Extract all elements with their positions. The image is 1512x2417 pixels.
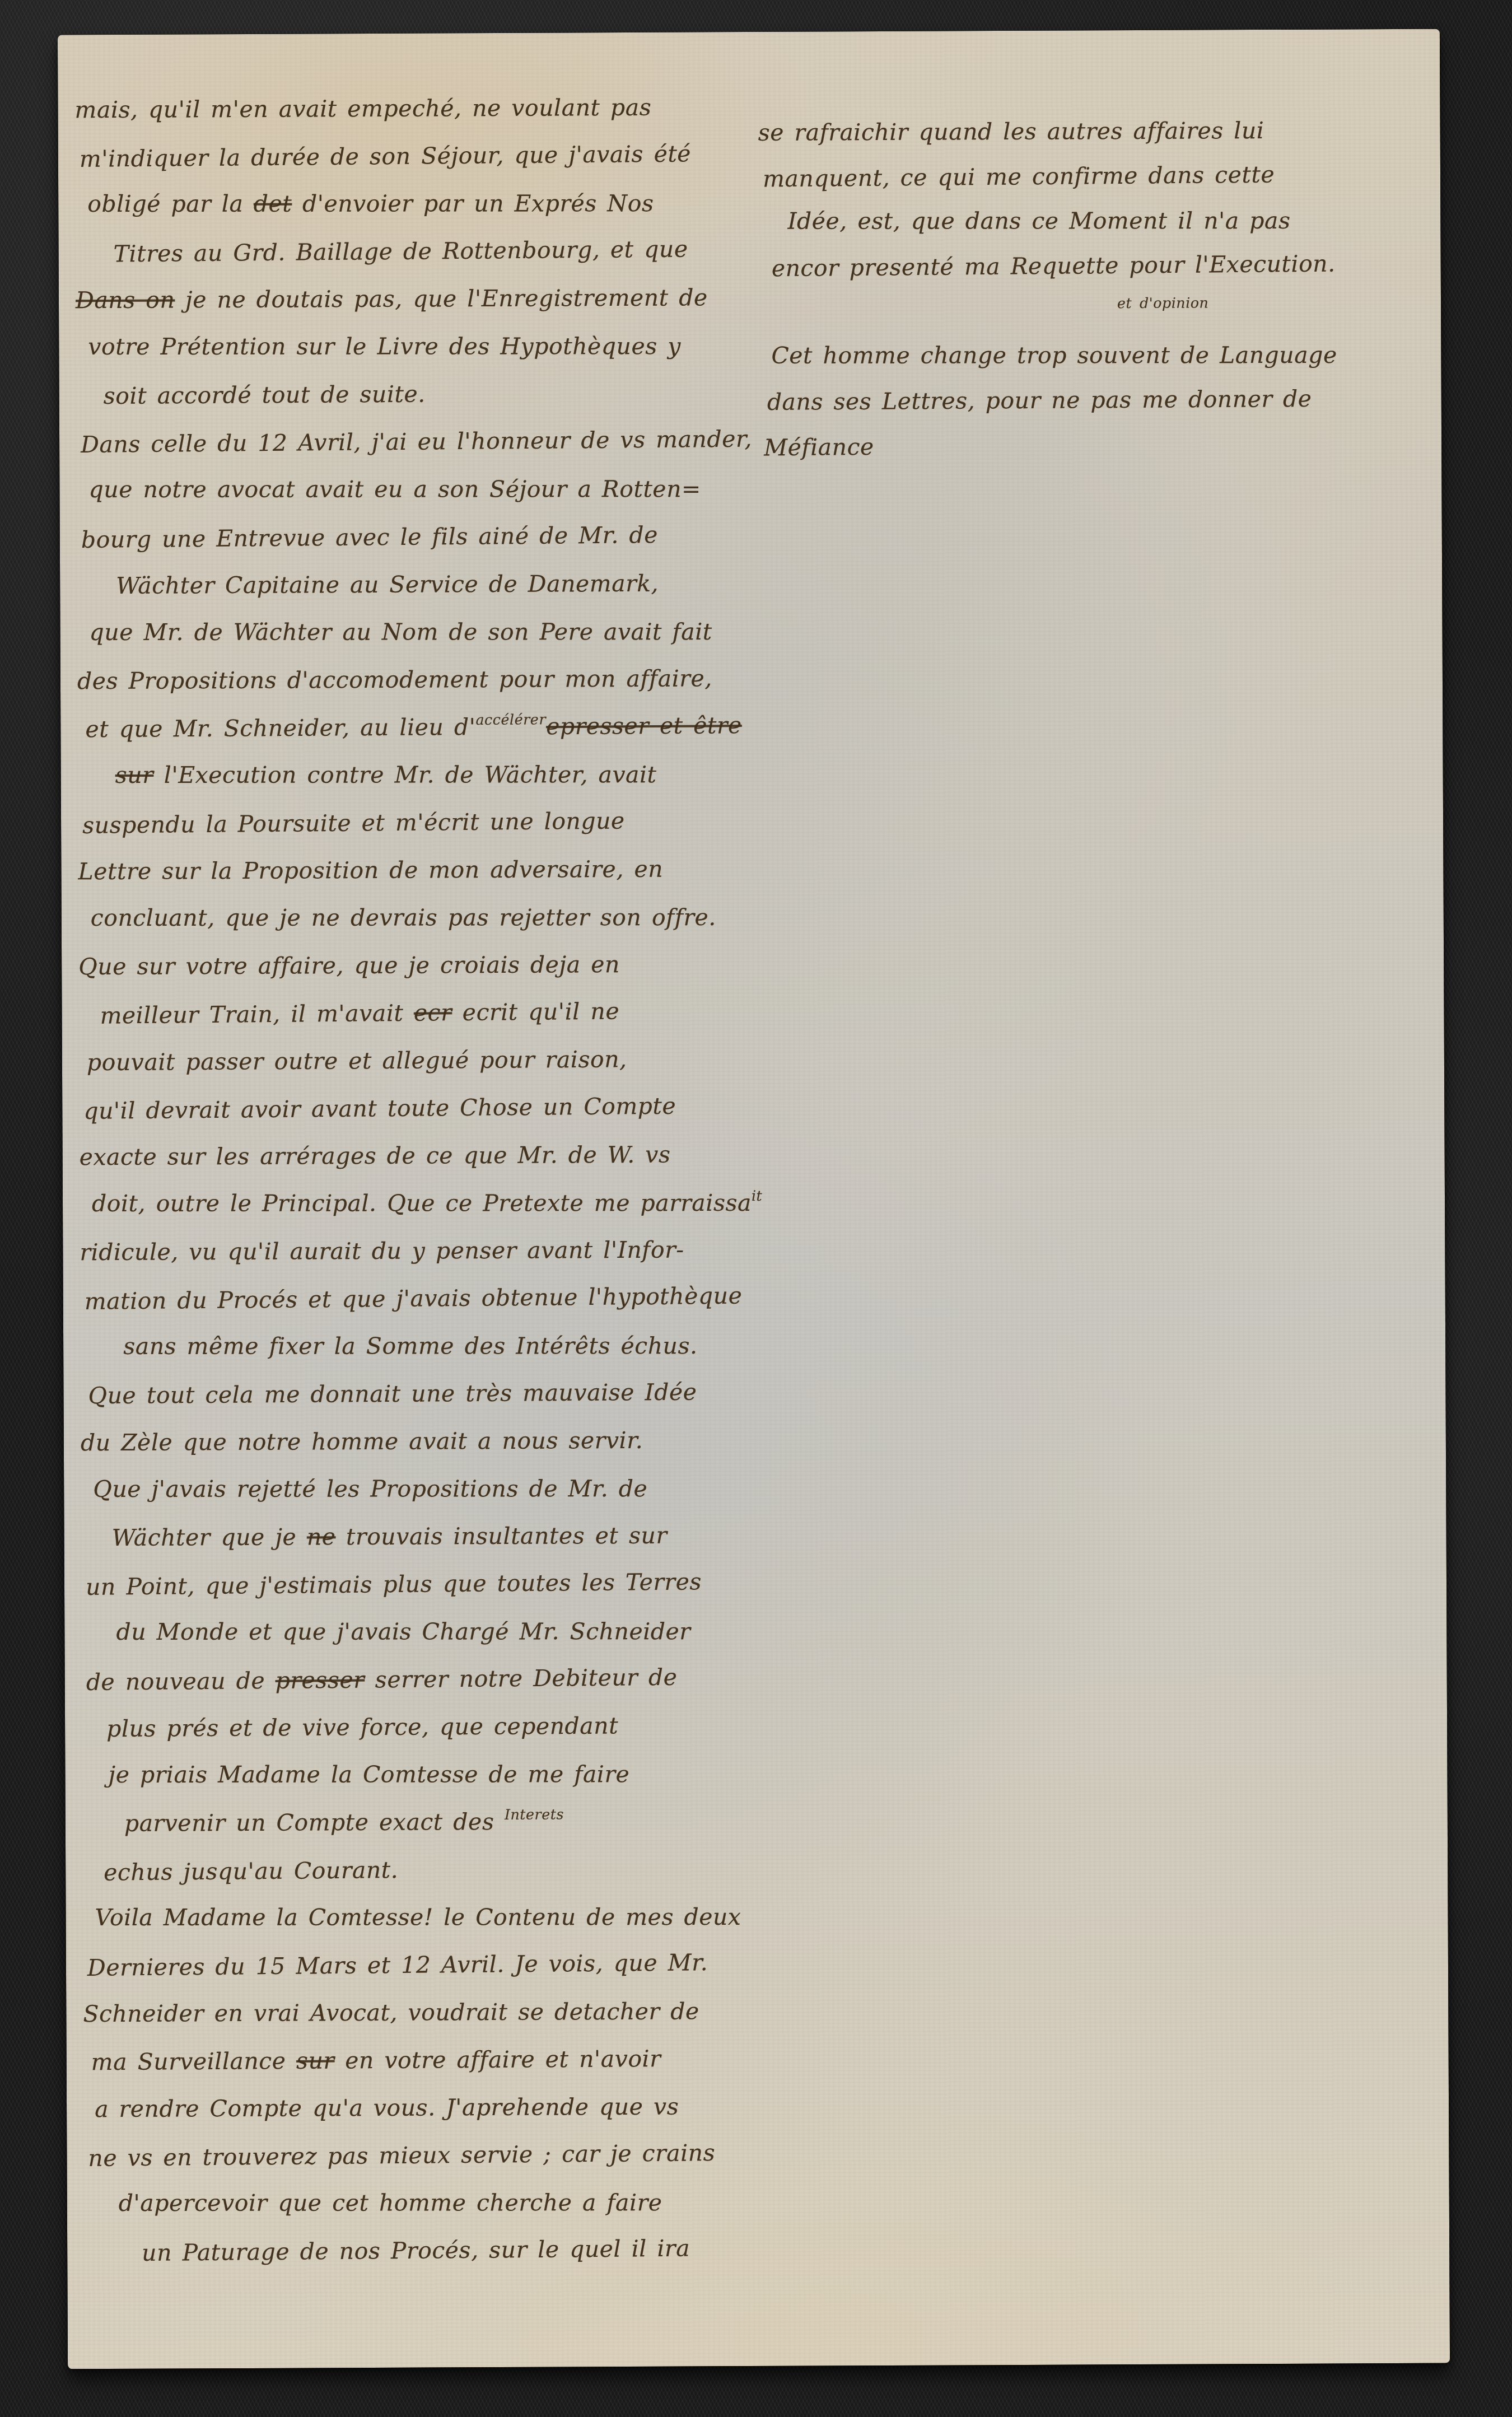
- handwritten-text: que Mr. de Wächter au Nom de son Pere av…: [90, 618, 712, 646]
- manuscript-line: plus prés et de vive force, que cependan…: [90, 1701, 790, 1753]
- manuscript-line: soit accordé tout de suite.: [83, 368, 783, 421]
- handwritten-text: a rendre Compte qu'a vous. J'aprehende q…: [95, 2093, 679, 2123]
- manuscript-line: je priais Madame la Comtesse de me faire: [94, 1751, 794, 1799]
- manuscript-line: dans ses Lettres, pour ne pas me donner …: [767, 376, 1428, 424]
- handwritten-text: Dernieres du 15 Mars et 12 Avril. Je voi…: [87, 1949, 708, 1981]
- manuscript-line: Dans celle du 12 Avril, j'ai eu l'honneu…: [81, 415, 781, 469]
- handwritten-text: Idée, est, que dans ce Moment il n'a pas: [787, 207, 1290, 235]
- handwritten-text: Que sur votre affaire, que je croiais de…: [78, 951, 620, 980]
- handwritten-text: d'envoier par un Exprés Nos: [292, 190, 654, 217]
- struck-out-text: ne: [307, 1523, 336, 1550]
- manuscript-line: Cet homme change trop souvent de Languag…: [771, 333, 1432, 378]
- manuscript-line: sans même fixer la Somme des Intérêts éc…: [92, 1322, 792, 1370]
- handwritten-text: un Point, que j'estimais plus que toutes…: [86, 1568, 702, 1601]
- handwritten-text: echus jusqu'au Courant.: [104, 1856, 398, 1886]
- manuscript-line: Que j'avais rejetté les Propositions de …: [93, 1465, 793, 1513]
- manuscript-page: mais, qu'il m'en avait empeché, ne voula…: [58, 29, 1450, 2369]
- handwritten-text: je ne doutais pas, que l'Enregistrement …: [175, 284, 708, 313]
- manuscript-line: Titres au Grd. Baillage de Rottenbourg, …: [80, 225, 780, 278]
- struck-out-text: presser: [275, 1667, 365, 1694]
- handwritten-text: en votre affaire et n'avoir: [334, 2045, 661, 2074]
- manuscript-line: suspendu la Poursuite et m'écrit une lon…: [82, 796, 783, 850]
- handwritten-text: meilleur Train, il m'avait: [100, 1000, 414, 1029]
- handwritten-text: et que Mr. Schneider, au lieu d': [85, 713, 475, 743]
- struck-out-text: et être: [649, 712, 742, 739]
- manuscript-line: Wächter que je ne trouvais insultantes e…: [81, 1511, 781, 1562]
- handwritten-text: Wächter Capitaine au Service de Danemark…: [116, 570, 659, 599]
- struck-out-text: sur: [296, 2047, 335, 2074]
- manuscript-line: ne vs en trouverez pas mieux servie ; ca…: [88, 2129, 788, 2182]
- handwritten-text: serrer notre Debiteur de: [365, 1664, 678, 1693]
- handwritten-text: Méfiance: [764, 433, 874, 461]
- handwritten-text: dans ses Lettres, pour ne pas me donner …: [767, 385, 1312, 416]
- manuscript-line: bourg une Entrevue avec le fils ainé de …: [81, 510, 781, 564]
- handwritten-text: mais, qu'il m'en avait empeché, ne voula…: [74, 94, 651, 123]
- manuscript-line: que Mr. de Wächter au Nom de son Pere av…: [90, 608, 790, 656]
- handwritten-text: concluant, que je ne devrais pas rejette…: [91, 904, 716, 931]
- handwritten-text: ma Surveillance: [91, 2047, 297, 2075]
- manuscript-line: que notre avocat avait eu a son Séjour a…: [88, 465, 788, 514]
- struck-out-text: det: [254, 190, 292, 217]
- handwritten-text: suspendu la Poursuite et m'écrit une lon…: [82, 807, 625, 838]
- manuscript-line: encor presenté ma Requette pour l'Execut…: [763, 240, 1424, 291]
- manuscript-line: sur l'Execution contre Mr. de Wächter, a…: [90, 751, 790, 799]
- left-text-column: mais, qu'il m'en avait empeché, ne voula…: [74, 83, 784, 2276]
- handwritten-text: ridicule, vu qu'il aurait du y penser av…: [80, 1237, 684, 1266]
- handwritten-text: encor presenté ma Requette pour l'Execut…: [772, 250, 1336, 282]
- manuscript-line: et d'opinion: [759, 287, 1420, 334]
- right-text-column: se rafraichir quand les autres affaires …: [758, 108, 1421, 469]
- manuscript-line: Idée, est, que dans ce Moment il n'a pas: [771, 198, 1431, 244]
- handwritten-text: exacte sur les arrérages de ce que Mr. d…: [80, 1141, 671, 1171]
- manuscript-line: Voila Madame la Comtesse! le Contenu de …: [95, 1893, 795, 1942]
- manuscript-line: Dans on je ne doutais pas, que l'Enregis…: [76, 274, 776, 324]
- manuscript-line: un Point, que j'estimais plus que toutes…: [86, 1557, 786, 1611]
- manuscript-line: parvenir un Compte exact des Interets: [82, 1797, 782, 1847]
- manuscript-line: des Propositions d'accomodement pour mon…: [77, 655, 777, 705]
- handwritten-text: Que j'avais rejetté les Propositions de …: [93, 1475, 647, 1503]
- manuscript-line: du Monde et que j'avais Chargé Mr. Schne…: [94, 1608, 794, 1656]
- handwritten-text: manquent, ce qui me confirme dans cette: [763, 161, 1275, 192]
- handwritten-text: se rafraichir quand les autres affaires …: [758, 117, 1264, 146]
- manuscript-line: qu'il devrait avoir avant toute Chose un…: [83, 1081, 784, 1135]
- manuscript-line: se rafraichir quand les autres affaires …: [758, 108, 1419, 155]
- manuscript-line: Méfiance: [764, 419, 1425, 470]
- manuscript-line: Wächter Capitaine au Service de Danemark…: [77, 559, 777, 610]
- manuscript-line: Dernieres du 15 Mars et 12 Avril. Je voi…: [87, 1938, 788, 1992]
- handwritten-text: soit accordé tout de suite.: [104, 381, 426, 410]
- handwritten-text: de nouveau de: [86, 1667, 276, 1696]
- handwritten-text: Cet homme change trop souvent de Languag…: [771, 342, 1337, 369]
- interlinear-insertion: et d'opinion: [1117, 302, 1208, 303]
- manuscript-line: Schneider en vrai Avocat, voudrait se de…: [83, 1987, 783, 2038]
- manuscript-line: Que tout cela me donnait une très mauvai…: [88, 1368, 788, 1420]
- manuscript-line: obligé par la det d'envoier par un Expré…: [87, 180, 787, 228]
- manuscript-line: de nouveau de presser serrer notre Debit…: [86, 1653, 786, 1706]
- manuscript-line: concluant, que je ne devrais pas rejette…: [91, 894, 791, 942]
- handwritten-text: Wächter que je: [112, 1523, 307, 1551]
- handwritten-text: m'indiquer la durée de son Séjour, que j…: [80, 140, 692, 172]
- interlinear-insertion: accélérer: [475, 719, 546, 720]
- handwritten-text: ecrit qu'il ne: [452, 998, 619, 1026]
- manuscript-line: du Zèle que notre homme avait a nous ser…: [81, 1416, 781, 1467]
- manuscript-line: pouvait passer outre et allegué pour rai…: [87, 1035, 787, 1087]
- manuscript-line: ma Surveillance sur en votre affaire et …: [91, 2035, 791, 2087]
- manuscript-line: m'indiquer la durée de son Séjour, que j…: [80, 129, 780, 183]
- handwritten-text: Dans celle du 12 Avril, j'ai eu l'honneu…: [81, 425, 752, 458]
- handwritten-text: d'apercevoir que cet homme cherche a fai…: [119, 2189, 662, 2217]
- manuscript-line: Que sur votre affaire, que je croiais de…: [78, 940, 778, 991]
- handwritten-text: du Monde et que j'avais Chargé Mr. Schne…: [116, 1618, 690, 1645]
- manuscript-line: echus jusqu'au Courant.: [87, 1843, 787, 1897]
- handwritten-text: Titres au Grd. Baillage de Rottenbourg, …: [113, 235, 688, 267]
- handwritten-text: un Paturage de nos Procés, sur le quel i…: [142, 2235, 690, 2267]
- manuscript-line: ridicule, vu qu'il aurait du y penser av…: [80, 1226, 780, 1276]
- handwritten-text: parvenir un Compte exact des: [124, 1808, 505, 1837]
- handwritten-text: Lettre sur la Proposition de mon adversa…: [78, 856, 663, 885]
- manuscript-line: doit, outre le Principal. Que ce Pretext…: [92, 1179, 792, 1228]
- manuscript-line: d'apercevoir que cet homme cherche a fai…: [96, 2179, 796, 2227]
- handwritten-text: Schneider en vrai Avocat, voudrait se de…: [83, 1998, 699, 2027]
- manuscript-line: et que Mr. Schneider, au lieu d'accélére…: [85, 702, 785, 754]
- handwritten-text: des Propositions d'accomodement pour mon…: [77, 665, 712, 694]
- manuscript-line: mais, qu'il m'en avait empeché, ne voula…: [74, 83, 774, 134]
- handwritten-text: bourg une Entrevue avec le fils ainé de …: [81, 521, 658, 553]
- handwritten-text: pouvait passer outre et allegué pour rai…: [87, 1046, 627, 1076]
- handwritten-text: votre Prétention sur le Livre des Hypoth…: [88, 333, 681, 360]
- struck-out-text: Dans on: [76, 286, 175, 314]
- struck-out-text: sur: [115, 762, 154, 788]
- manuscript-line: meilleur Train, il m'avait ecr ecrit qu'…: [83, 986, 783, 1040]
- handwritten-text: qu'il devrait avoir avant toute Chose un…: [83, 1093, 676, 1124]
- handwritten-text: trouvais insultantes et sur: [335, 1522, 667, 1551]
- handwritten-text: l'Execution contre Mr. de Wächter, avait: [153, 761, 656, 788]
- handwritten-text: je priais Madame la Comtesse de me faire: [108, 1761, 629, 1788]
- manuscript-line: Lettre sur la Proposition de mon adversa…: [78, 845, 778, 895]
- handwritten-text: obligé par la: [87, 190, 254, 217]
- struck-out-text: ecr: [414, 999, 452, 1026]
- struck-out-text: epresser: [546, 712, 650, 740]
- handwritten-text: du Zèle que notre homme avait a nous ser…: [81, 1427, 643, 1456]
- handwritten-text: que notre avocat avait eu a son Séjour a…: [88, 475, 701, 503]
- manuscript-line: manquent, ce qui me confirme dans cette: [763, 151, 1424, 201]
- handwritten-text: Que tout cela me donnait une très mauvai…: [88, 1379, 697, 1410]
- handwritten-text: plus prés et de vive force, que cependan…: [106, 1712, 618, 1742]
- manuscript-line: exacte sur les arrérages de ce que Mr. d…: [79, 1131, 779, 1181]
- photograph-background: mais, qu'il m'en avait empeché, ne voula…: [0, 0, 1512, 2417]
- manuscript-line: un Paturage de nos Procés, sur le quel i…: [88, 2224, 789, 2278]
- handwritten-text: Voila Madame la Comtesse! le Contenu de …: [95, 1903, 741, 1931]
- manuscript-line: votre Prétention sur le Livre des Hypoth…: [88, 323, 788, 371]
- handwritten-text: sans même fixer la Somme des Intérêts éc…: [123, 1332, 697, 1360]
- handwritten-text: ne vs en trouverez pas mieux servie ; ca…: [88, 2139, 715, 2172]
- handwritten-text: doit, outre le Principal. Que ce Pretext…: [92, 1189, 752, 1217]
- manuscript-line: a rendre Compte qu'a vous. J'aprehende q…: [83, 2083, 783, 2133]
- handwritten-text: mation du Procés et que j'avais obtenue …: [85, 1282, 743, 1315]
- manuscript-line: mation du Procés et que j'avais obtenue …: [84, 1272, 785, 1326]
